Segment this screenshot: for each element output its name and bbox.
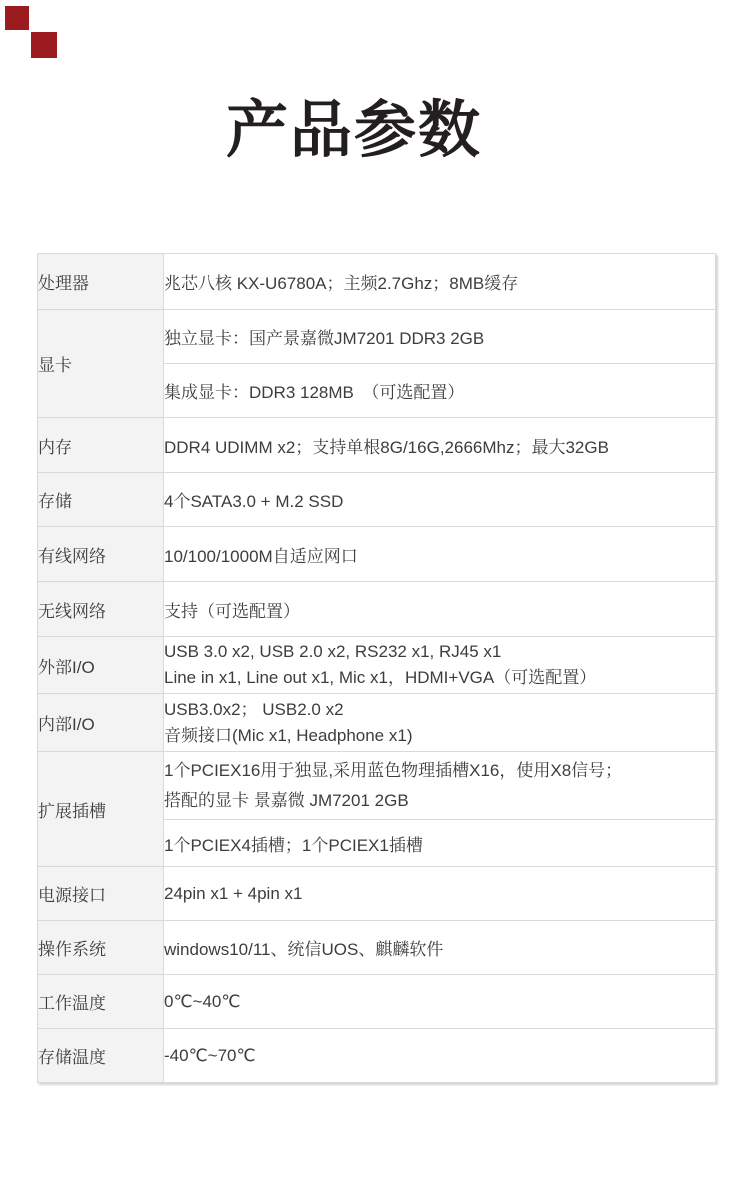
table-row: 内部I/O USB3.0x2； USB2.0 x2 音频接口(Mic x1, H…	[38, 694, 716, 752]
red-square-decor-2	[31, 32, 57, 58]
spec-value-storage-temperature: -40℃~70℃	[164, 1029, 716, 1083]
spec-label-internal-io: 内部I/O	[38, 694, 164, 752]
spec-value-internal-io: USB3.0x2； USB2.0 x2 音频接口(Mic x1, Headpho…	[164, 694, 716, 752]
spec-value-memory: DDR4 UDIMM x2；支持单根8G/16G,2666Mhz；最大32GB	[164, 418, 716, 473]
spec-label-operating-system: 操作系统	[38, 921, 164, 975]
spec-value-processor: 兆芯八核 KX-U6780A；主频2.7Ghz；8MB缓存	[164, 254, 716, 310]
red-square-decor-1	[5, 6, 29, 30]
spec-value-storage: 4个SATA3.0 + M.2 SSD	[164, 473, 716, 527]
internal-io-line-1: USB3.0x2； USB2.0 x2	[164, 697, 715, 723]
table-row: 无线网络 支持（可选配置）	[38, 582, 716, 637]
table-row: 电源接口 24pin x1 + 4pin x1	[38, 867, 716, 921]
spec-value-operating-temperature: 0℃~40℃	[164, 975, 716, 1029]
table-row: 工作温度 0℃~40℃	[38, 975, 716, 1029]
table-row: 外部I/O USB 3.0 x2, USB 2.0 x2, RS232 x1, …	[38, 637, 716, 694]
external-io-line-1: USB 3.0 x2, USB 2.0 x2, RS232 x1, RJ45 x…	[164, 639, 715, 665]
table-row: 显卡 独立显卡：国产景嘉微JM7201 DDR3 2GB	[38, 310, 716, 364]
spec-label-expansion-slots: 扩展插槽	[38, 752, 164, 867]
spec-label-operating-temperature: 工作温度	[38, 975, 164, 1029]
spec-label-storage: 存储	[38, 473, 164, 527]
spec-value-pciex16: 1个PCIEX16用于独显,采用蓝色物理插槽X16，使用X8信号； 搭配的显卡 …	[164, 752, 716, 820]
spec-label-processor: 处理器	[38, 254, 164, 310]
spec-label-graphics: 显卡	[38, 310, 164, 418]
spec-value-power-connector: 24pin x1 + 4pin x1	[164, 867, 716, 921]
pciex16-line-2: 搭配的显卡 景嘉微 JM7201 2GB	[164, 786, 715, 816]
table-row: 存储 4个SATA3.0 + M.2 SSD	[38, 473, 716, 527]
spec-label-wireless-network: 无线网络	[38, 582, 164, 637]
table-row: 操作系统 windows10/11、统信UOS、麒麟软件	[38, 921, 716, 975]
spec-value-integrated-gpu: 集成显卡：DDR3 128MB （可选配置）	[164, 364, 716, 418]
spec-label-power-connector: 电源接口	[38, 867, 164, 921]
page-title: 产品参数	[226, 97, 482, 165]
external-io-line-2: Line in x1, Line out x1, Mic x1，HDMI+VGA…	[164, 665, 715, 691]
spec-label-storage-temperature: 存储温度	[38, 1029, 164, 1083]
spec-value-pciex4-pciex1: 1个PCIEX4插槽；1个PCIEX1插槽	[164, 820, 716, 867]
spec-value-operating-system: windows10/11、统信UOS、麒麟软件	[164, 921, 716, 975]
pciex16-line-1: 1个PCIEX16用于独显,采用蓝色物理插槽X16，使用X8信号；	[164, 756, 715, 786]
spec-value-external-io: USB 3.0 x2, USB 2.0 x2, RS232 x1, RJ45 x…	[164, 637, 716, 694]
spec-table: 处理器 兆芯八核 KX-U6780A；主频2.7Ghz；8MB缓存 显卡 独立显…	[37, 253, 716, 1083]
table-row: 扩展插槽 1个PCIEX16用于独显,采用蓝色物理插槽X16，使用X8信号； 搭…	[38, 752, 716, 820]
table-row: 内存 DDR4 UDIMM x2；支持单根8G/16G,2666Mhz；最大32…	[38, 418, 716, 473]
table-row: 有线网络 10/100/1000M自适应网口	[38, 527, 716, 582]
spec-value-wireless-network: 支持（可选配置）	[164, 582, 716, 637]
spec-label-external-io: 外部I/O	[38, 637, 164, 694]
spec-value-discrete-gpu: 独立显卡：国产景嘉微JM7201 DDR3 2GB	[164, 310, 716, 364]
table-row: 存储温度 -40℃~70℃	[38, 1029, 716, 1083]
table-row: 处理器 兆芯八核 KX-U6780A；主频2.7Ghz；8MB缓存	[38, 254, 716, 310]
spec-label-wired-network: 有线网络	[38, 527, 164, 582]
internal-io-line-2: 音频接口(Mic x1, Headphone x1)	[164, 723, 715, 749]
spec-value-wired-network: 10/100/1000M自适应网口	[164, 527, 716, 582]
spec-label-memory: 内存	[38, 418, 164, 473]
